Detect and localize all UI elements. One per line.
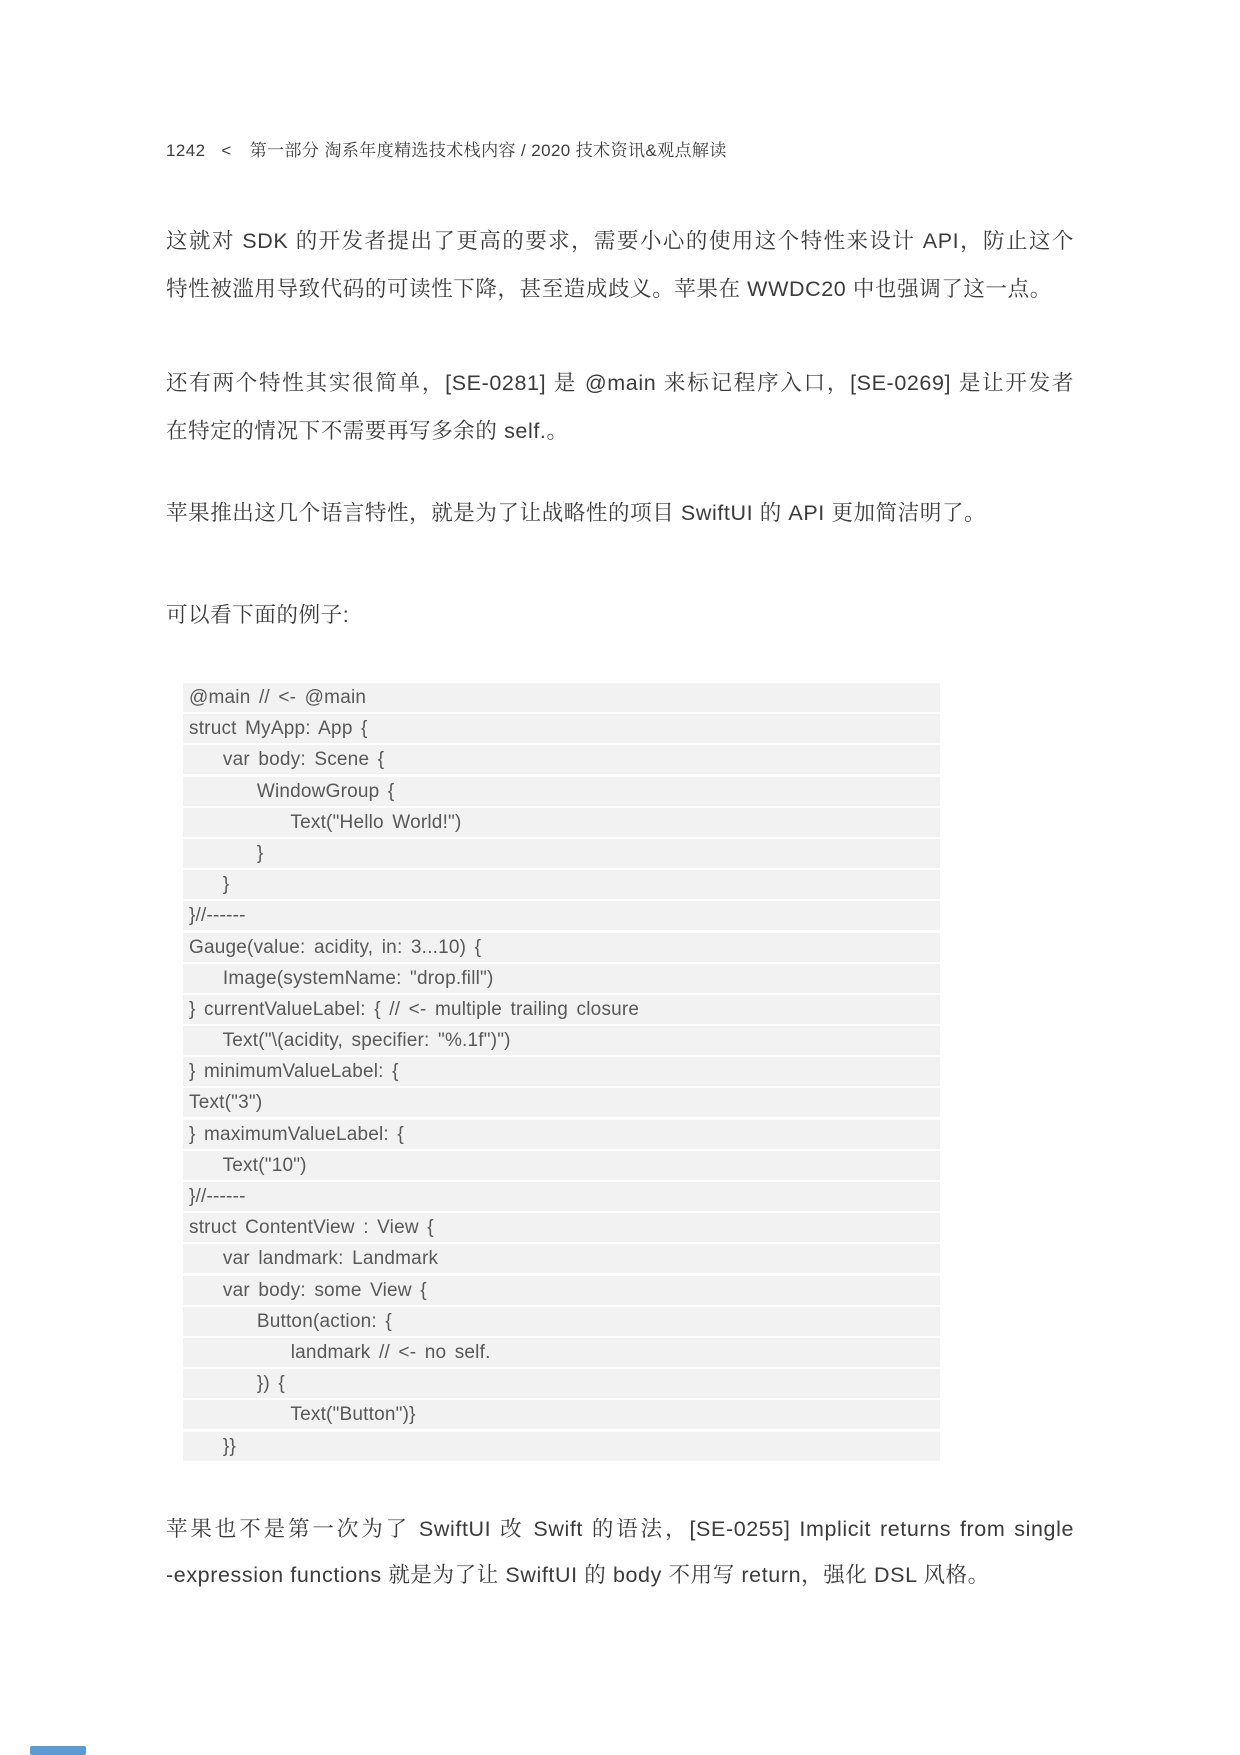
page-header: 1242<第一部分 淘系年度精选技术栈内容 / 2020 技术资讯&观点解读 [166, 136, 727, 161]
code-line: } currentValueLabel: { // <- multiple tr… [183, 995, 940, 1024]
code-line: var body: some View { [183, 1276, 940, 1305]
code-line: Text("Button")} [183, 1400, 940, 1429]
code-line: Button(action: { [183, 1307, 940, 1336]
code-line: }//------ [183, 1182, 940, 1211]
paragraph-line: 可以看下面的例子: [166, 591, 1074, 639]
paragraph-line: 在特定的情况下不需要再写多余的 self.。 [166, 407, 1074, 455]
paragraph-line: 苹果也不是第一次为了 SwiftUI 改 Swift 的语法，[SE-0255]… [166, 1506, 1074, 1552]
paragraph-line: 特性被滥用导致代码的可读性下降，甚至造成歧义。苹果在 WWDC20 中也强调了这… [166, 265, 1074, 313]
page-number: 1242 [166, 141, 205, 160]
code-line: struct ContentView : View { [183, 1213, 940, 1242]
code-line: @main // <- @main [183, 683, 940, 712]
code-block: @main // <- @main struct MyApp: App { va… [183, 683, 940, 1463]
code-line: Text("\(acidity, specifier: "%.1f")") [183, 1026, 940, 1055]
code-line: }//------ [183, 901, 940, 930]
code-line: Text("Hello World!") [183, 808, 940, 837]
code-line: Gauge(value: acidity, in: 3...10) { [183, 933, 940, 962]
paragraph-line: -expression functions 就是为了让 SwiftUI 的 bo… [166, 1552, 1074, 1598]
paragraph-se0255: 苹果也不是第一次为了 SwiftUI 改 Swift 的语法，[SE-0255]… [166, 1506, 1074, 1598]
code-line: Image(systemName: "drop.fill") [183, 964, 940, 993]
header-breadcrumb: 第一部分 淘系年度精选技术栈内容 / 2020 技术资讯&观点解读 [250, 141, 727, 160]
code-line: }) { [183, 1369, 940, 1398]
code-line: WindowGroup { [183, 777, 940, 806]
code-line: struct MyApp: App { [183, 714, 940, 743]
code-line: var body: Scene { [183, 745, 940, 774]
code-line: var landmark: Landmark [183, 1244, 940, 1273]
paragraph-line: 这就对 SDK 的开发者提出了更高的要求，需要小心的使用这个特性来设计 API，… [166, 217, 1074, 265]
code-line: } [183, 870, 940, 899]
paragraph-line: 还有两个特性其实很简单，[SE-0281] 是 @main 来标记程序入口，[S… [166, 359, 1074, 407]
code-line: } minimumValueLabel: { [183, 1057, 940, 1086]
paragraph-sdk-api: 这就对 SDK 的开发者提出了更高的要求，需要小心的使用这个特性来设计 API，… [166, 217, 1074, 313]
code-line: Text("10") [183, 1151, 940, 1180]
code-line: landmark // <- no self. [183, 1338, 940, 1367]
paragraph-line: 苹果推出这几个语言特性，就是为了让战略性的项目 SwiftUI 的 API 更加… [166, 489, 1074, 537]
header-separator: < [221, 141, 231, 160]
paragraph-example-intro: 可以看下面的例子: [166, 591, 1074, 639]
code-line: } [183, 839, 940, 868]
paragraph-two-features: 还有两个特性其实很简单，[SE-0281] 是 @main 来标记程序入口，[S… [166, 359, 1074, 455]
book-page: 1242<第一部分 淘系年度精选技术栈内容 / 2020 技术资讯&观点解读 这… [0, 0, 1240, 1755]
code-line: } maximumValueLabel: { [183, 1120, 940, 1149]
paragraph-swiftui-goal: 苹果推出这几个语言特性，就是为了让战略性的项目 SwiftUI 的 API 更加… [166, 489, 1074, 537]
page-corner-accent [30, 1746, 86, 1755]
code-line: Text("3") [183, 1088, 940, 1117]
code-line: }} [183, 1432, 940, 1461]
